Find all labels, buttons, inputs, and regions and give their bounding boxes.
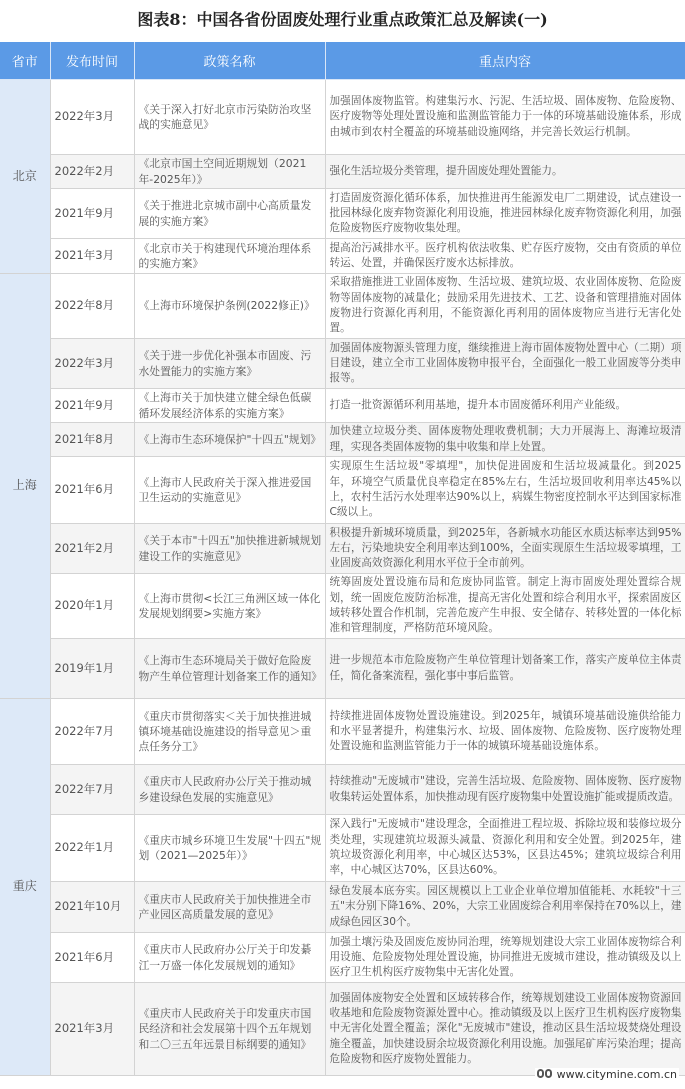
policy-table: 省市 发布时间 政策名称 重点内容 北京 2022年3月 《关于深入打好北京市污…	[0, 42, 685, 1076]
content-cell: 加强固体废物监管。构建集污水、污泥、生活垃圾、固体废物、危险废物、医疗废物等处理…	[325, 80, 685, 155]
table-row: 北京 2022年3月 《关于深入打好北京市污染防治攻坚战的实施意见》 加强固体废…	[0, 80, 685, 155]
content-cell: 提高治污减排水平。医疗机构依法收集、贮存医疗废物，交由有资质的单位转运、处置，并…	[325, 239, 685, 274]
date-cell: 2021年6月	[50, 933, 134, 983]
table-row: 2021年3月 《重庆市人民政府关于印发重庆市国民经济和社会发展第十四个五年规划…	[0, 983, 685, 1076]
source-watermark: www.citymine.com.cn	[535, 1068, 679, 1081]
policy-name-cell: 《重庆市人民政府关于印发重庆市国民经济和社会发展第十四个五年规划和二〇三五年远景…	[134, 983, 325, 1076]
date-cell: 2022年3月	[50, 80, 134, 155]
table-row: 2022年2月 《北京市国土空间近期规划（2021年-2025年）》 强化生活垃…	[0, 155, 685, 189]
policy-name-cell: 《关于推进北京城市副中心高质量发展的实施方案》	[134, 189, 325, 239]
date-cell: 2021年8月	[50, 423, 134, 457]
table-row: 2021年2月 《关于本市"十四五"加快推进新城规划建设工作的实施意见》 积极提…	[0, 524, 685, 574]
date-cell: 2022年7月	[50, 765, 134, 815]
table-row: 2021年9月 《上海市关于加快建立健全绿色低碳循环发展经济体系的实施方案》 打…	[0, 389, 685, 423]
table-row: 2022年7月 《重庆市人民政府办公厅关于推动城乡建设绿色发展的实施意见》 持续…	[0, 765, 685, 815]
policy-name-cell: 《重庆市城乡环境卫生发展"十四五"规划（2021—2025年）》	[134, 815, 325, 882]
date-cell: 2022年1月	[50, 815, 134, 882]
policy-name-cell: 《上海市生态环境局关于做好危险废物产生单位管理计划备案工作的通知》	[134, 639, 325, 699]
policy-name-cell: 《上海市环境保护条例(2022修正)》	[134, 274, 325, 339]
policy-name-cell: 《北京市关于构建现代环境治理体系的实施方案》	[134, 239, 325, 274]
policy-name-cell: 《重庆市人民政府办公厅关于推动城乡建设绿色发展的实施意见》	[134, 765, 325, 815]
header-province: 省市	[0, 42, 50, 80]
table-row: 2022年1月 《重庆市城乡环境卫生发展"十四五"规划（2021—2025年）》…	[0, 815, 685, 882]
content-cell: 积极提升新城环境质量，到2025年，各新城水功能区水质达标率达到95%左右，污染…	[325, 524, 685, 574]
date-cell: 2020年1月	[50, 574, 134, 639]
table-row: 2021年8月 《上海市生态环境保护"十四五"规划》 加快建立垃圾分类、固体废物…	[0, 423, 685, 457]
content-cell: 打造一批资源循环利用基地，提升本市固废循环利用产业能级。	[325, 389, 685, 423]
content-cell: 持续推进固体废物处置设施建设。到2025年，城镇环境基础设施供给能力和水平显著提…	[325, 699, 685, 765]
policy-name-cell: 《关于进一步优化补强本市固废、污水处置能力的实施方案》	[134, 339, 325, 389]
citymine-logo-icon	[537, 1069, 553, 1080]
content-cell: 绿色发展本底夯实。园区规模以上工业企业单位增加值能耗、水耗较"十三五"末分别下降…	[325, 882, 685, 933]
figure-title: 图表8：中国各省份固废处理行业重点政策汇总及解读(一)	[0, 0, 685, 40]
date-cell: 2022年2月	[50, 155, 134, 189]
province-cell: 北京	[0, 80, 50, 274]
table-row: 2021年3月 《北京市关于构建现代环境治理体系的实施方案》 提高治污减排水平。…	[0, 239, 685, 274]
date-cell: 2021年3月	[50, 983, 134, 1076]
date-cell: 2021年9月	[50, 189, 134, 239]
policy-name-cell: 《上海市人民政府关于深入推进爱国卫生运动的实施意见》	[134, 457, 325, 524]
table-row: 2021年6月 《上海市人民政府关于深入推进爱国卫生运动的实施意见》 实现原生生…	[0, 457, 685, 524]
header-date: 发布时间	[50, 42, 134, 80]
table-row: 上海 2022年8月 《上海市环境保护条例(2022修正)》 采取措施推进工业固…	[0, 274, 685, 339]
table-row: 2020年1月 《上海市贯彻<长江三角洲区域一体化发展规划纲要>实施方案》 统筹…	[0, 574, 685, 639]
table-row: 2021年9月 《关于推进北京城市副中心高质量发展的实施方案》 打造固废资源化循…	[0, 189, 685, 239]
policy-name-cell: 《关于本市"十四五"加快推进新城规划建设工作的实施意见》	[134, 524, 325, 574]
date-cell: 2022年8月	[50, 274, 134, 339]
content-cell: 采取措施推进工业固体废物、生活垃圾、建筑垃圾、农业固体废物、危险废物等固体废物的…	[325, 274, 685, 339]
content-cell: 持续推动"无废城市"建设，完善生活垃圾、危险废物、固体废物、医疗废物收集转运处置…	[325, 765, 685, 815]
content-cell: 统筹固废处置设施布局和危废协同监管。制定上海市固废处理处置综合规划，统一固废危废…	[325, 574, 685, 639]
table-header-row: 省市 发布时间 政策名称 重点内容	[0, 42, 685, 80]
date-cell: 2019年1月	[50, 639, 134, 699]
date-cell: 2021年3月	[50, 239, 134, 274]
policy-name-cell: 《重庆市人民政府办公厅关于印发綦江一万盛一体化发展规划的通知》	[134, 933, 325, 983]
source-url: www.citymine.com.cn	[557, 1068, 677, 1081]
content-cell: 进一步规范本市危险废物产生单位管理计划备案工作，落实产废单位主体责任，简化备案流…	[325, 639, 685, 699]
policy-name-cell: 《上海市关于加快建立健全绿色低碳循环发展经济体系的实施方案》	[134, 389, 325, 423]
province-cell: 重庆	[0, 699, 50, 1076]
content-cell: 打造固废资源化循环体系，加快推进再生能源发电厂二期建设，试点建设一批园林绿化废弃…	[325, 189, 685, 239]
content-cell: 加强固体废物安全处置和区域转移合作，统筹规划建设工业固体废物资源回收基地和危险废…	[325, 983, 685, 1076]
table-row: 2021年10月 《重庆市人民政府关于加快推进全市产业园区高质量发展的意见》 绿…	[0, 882, 685, 933]
header-key-content: 重点内容	[325, 42, 685, 80]
policy-name-cell: 《重庆市贯彻落实＜关于加快推进城镇环境基础设施建设的指导意见＞重点任务分工》	[134, 699, 325, 765]
table-row: 重庆 2022年7月 《重庆市贯彻落实＜关于加快推进城镇环境基础设施建设的指导意…	[0, 699, 685, 765]
date-cell: 2021年9月	[50, 389, 134, 423]
content-cell: 加强土壤污染及固废危废协同治理，统筹规划建设大宗工业固体废物综合利用设施、危险废…	[325, 933, 685, 983]
policy-name-cell: 《北京市国土空间近期规划（2021年-2025年）》	[134, 155, 325, 189]
table-row: 2021年6月 《重庆市人民政府办公厅关于印发綦江一万盛一体化发展规划的通知》 …	[0, 933, 685, 983]
policy-name-cell: 《重庆市人民政府关于加快推进全市产业园区高质量发展的意见》	[134, 882, 325, 933]
province-cell: 上海	[0, 274, 50, 699]
policy-name-cell: 《关于深入打好北京市污染防治攻坚战的实施意见》	[134, 80, 325, 155]
date-cell: 2022年3月	[50, 339, 134, 389]
date-cell: 2021年6月	[50, 457, 134, 524]
date-cell: 2021年2月	[50, 524, 134, 574]
table-row: 2022年3月 《关于进一步优化补强本市固废、污水处置能力的实施方案》 加强固体…	[0, 339, 685, 389]
header-policy-name: 政策名称	[134, 42, 325, 80]
policy-name-cell: 《上海市生态环境保护"十四五"规划》	[134, 423, 325, 457]
content-cell: 实现原生生活垃圾"零填埋"，加快促进固废和生活垃圾减量化。到2025年，环境空气…	[325, 457, 685, 524]
content-cell: 加强固体废物源头管理力度，继续推进上海市固体废物处置中心（二期）项目建设，建立全…	[325, 339, 685, 389]
content-cell: 加快建立垃圾分类、固体废物处理收费机制；大力开展海上、海滩垃圾清理，实现各类固体…	[325, 423, 685, 457]
date-cell: 2022年7月	[50, 699, 134, 765]
table-row: 2019年1月 《上海市生态环境局关于做好危险废物产生单位管理计划备案工作的通知…	[0, 639, 685, 699]
date-cell: 2021年10月	[50, 882, 134, 933]
content-cell: 强化生活垃圾分类管理，提升固废处理处置能力。	[325, 155, 685, 189]
content-cell: 深入践行"无废城市"建设理念，全面推进工程垃圾、拆除垃圾和装修垃圾分类处理，实现…	[325, 815, 685, 882]
policy-name-cell: 《上海市贯彻<长江三角洲区域一体化发展规划纲要>实施方案》	[134, 574, 325, 639]
